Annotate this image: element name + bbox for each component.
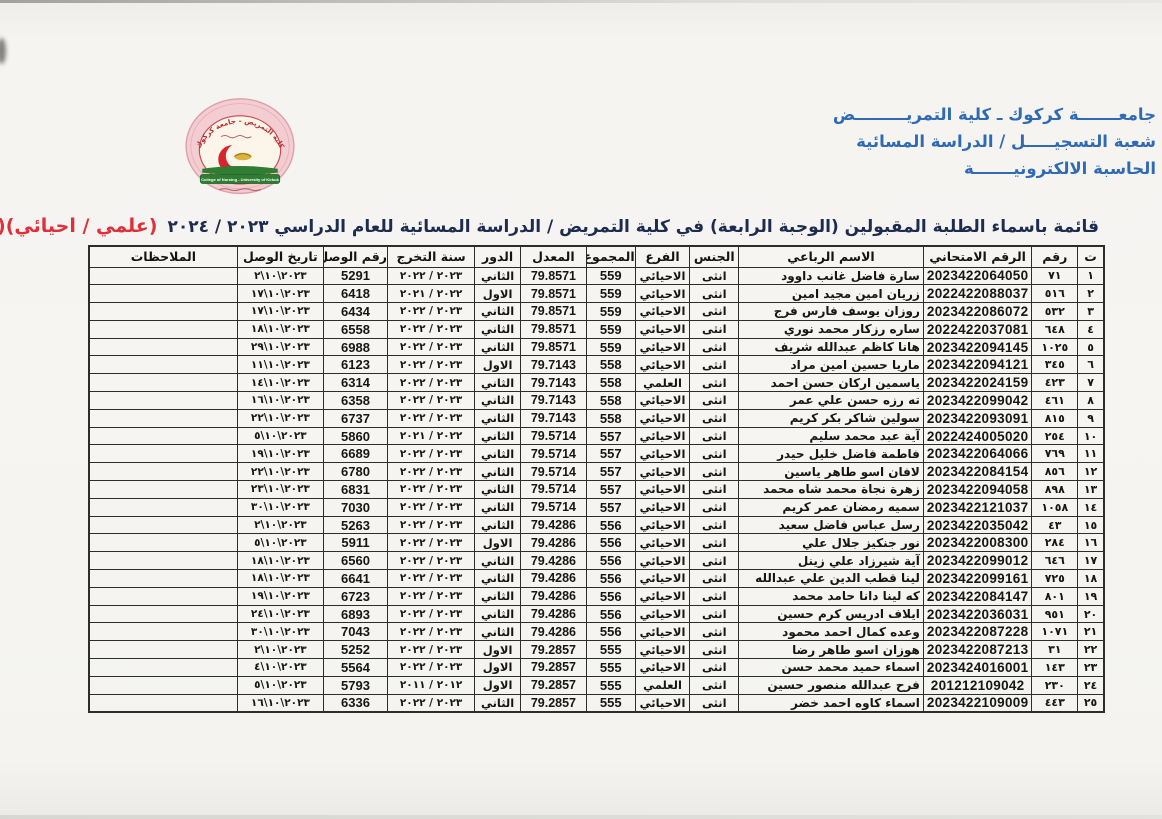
- cell-total-score: 557: [586, 445, 635, 463]
- cell-gender: انثى: [690, 320, 739, 338]
- cell-average: 79.5714: [520, 498, 586, 516]
- cell-index: ١٥: [1078, 516, 1104, 534]
- cell-gender: انثى: [690, 676, 739, 694]
- cell-grad-year: ٢٠٢٣ / ٢٠٢٢: [387, 694, 474, 712]
- cell-receipt-number: 6780: [324, 463, 388, 481]
- cell-receipt-number: 7030: [324, 498, 388, 516]
- cell-index: ٥: [1078, 338, 1104, 356]
- cell-grad-year: ٢٠١٢ / ٢٠١١: [387, 676, 474, 694]
- student-row: ١٢٨٥٦2023422084154لافان اسو طاهر ياسينان…: [89, 463, 1104, 481]
- cell-attempt: الثاني: [475, 481, 521, 499]
- cell-gender: انثى: [690, 481, 739, 499]
- cell-exam-number: 2023422087213: [923, 641, 1032, 659]
- cell-receipt-date: ٢٠٢٣\١٠\٢: [237, 516, 323, 534]
- cell-exam-number: 2023422064050: [923, 267, 1032, 285]
- cell-average: 79.8571: [520, 285, 586, 303]
- cell-branch: العلمي: [635, 676, 690, 694]
- cell-student-name: روزان يوسف فارس فرج: [739, 303, 924, 321]
- student-row: ٢٥١٦2022422088037زريان امين مجيد امينانث…: [89, 285, 1104, 303]
- cell-receipt-date: ٢٠٢٣\١٠\١٨: [237, 320, 323, 338]
- cell-receipt-date: ٢٠٢٣\١٠\١٨: [237, 552, 323, 570]
- cell-attempt: الثاني: [475, 570, 521, 588]
- cell-receipt-date: ٢٠٢٣\١٠\٢٤: [237, 605, 323, 623]
- cell-notes: [89, 641, 237, 659]
- cell-index: ١١: [1078, 445, 1104, 463]
- cell-index: ١٨: [1078, 570, 1104, 588]
- cell-receipt-date: ٢٠٢٣\١٠\٣٠: [237, 623, 323, 641]
- cell-index: ١: [1078, 267, 1104, 285]
- cell-receipt-number: 6689: [324, 445, 388, 463]
- cell-average: 79.7143: [520, 392, 586, 410]
- cell-attempt: الاول: [475, 641, 521, 659]
- cell-raqam: ٣٤٥: [1032, 356, 1078, 374]
- cell-student-name: ماريا حسين امين مراد: [739, 356, 924, 374]
- cell-index: ٢٢: [1078, 641, 1104, 659]
- cell-average: 79.7143: [520, 374, 586, 392]
- cell-exam-number: 2023422035042: [923, 516, 1032, 534]
- cell-attempt: الثاني: [475, 427, 521, 445]
- cell-exam-number: 2023422099161: [923, 570, 1032, 588]
- cell-average: 79.4286: [520, 605, 586, 623]
- cell-student-name: سولين شاكر بكر كريم: [739, 409, 924, 427]
- cell-exam-number: 2023422121037: [923, 498, 1032, 516]
- cell-grad-year: ٢٠٢٣ / ٢٠٢٢: [387, 463, 474, 481]
- cell-student-name: هانا كاظم عبدالله شريف: [739, 338, 924, 356]
- cell-grad-year: ٢٠٢٣ / ٢٠٢٢: [387, 641, 474, 659]
- cell-exam-number: 2023422086072: [923, 303, 1032, 321]
- cell-raqam: ٧١: [1032, 267, 1078, 285]
- scan-artifact-bottom-edge: [0, 815, 1162, 819]
- cell-attempt: الثاني: [475, 303, 521, 321]
- cell-attempt: الثاني: [475, 409, 521, 427]
- cell-receipt-number: 5793: [324, 676, 388, 694]
- cell-receipt-date: ٢٠٢٣\١٠\٤: [237, 659, 323, 677]
- table-header-row: ترقمالرقم الامتحانيالاسم الرباعيالجنسالف…: [89, 246, 1104, 267]
- scanned-document-page: جامعـــــــة كركوك ـ كلية التمريــــــــ…: [0, 0, 1162, 819]
- cell-total-score: 557: [586, 481, 635, 499]
- cell-student-name: نور جنكيز جلال علي: [739, 534, 924, 552]
- student-row: ١٧٦٤٦2023422099012آية شيرزاد علي زينلانث…: [89, 552, 1104, 570]
- cell-attempt: الثاني: [475, 463, 521, 481]
- cell-receipt-date: ٢٠٢٣\١٠\١٦: [237, 694, 323, 712]
- cell-student-name: زريان امين مجيد امين: [739, 285, 924, 303]
- cell-raqam: ٥٣٢: [1032, 303, 1078, 321]
- cell-grad-year: ٢٠٢٣ / ٢٠٢٢: [387, 623, 474, 641]
- cell-index: ١٤: [1078, 498, 1104, 516]
- cell-receipt-date: ٢٠٢٣\١٠\٢٢: [237, 409, 323, 427]
- cell-raqam: ٤٦١: [1032, 392, 1078, 410]
- cell-exam-number: 2022422037081: [923, 320, 1032, 338]
- cell-raqam: ٤٤٣: [1032, 694, 1078, 712]
- cell-notes: [89, 676, 237, 694]
- cell-total-score: 556: [586, 516, 635, 534]
- cell-average: 79.2857: [520, 694, 586, 712]
- cell-student-name: لافان اسو طاهر ياسين: [739, 463, 924, 481]
- cell-receipt-date: ٢٠٢٣\١٠\٥: [237, 534, 323, 552]
- cell-index: ١٠: [1078, 427, 1104, 445]
- org-line-registration: شعبة التسجيـــــل / الدراسة المسائية: [833, 128, 1156, 155]
- cell-notes: [89, 356, 237, 374]
- cell-gender: انثى: [690, 267, 739, 285]
- cell-raqam: ٨٩٨: [1032, 481, 1078, 499]
- cell-total-score: 555: [586, 694, 635, 712]
- cell-index: ٢٣: [1078, 659, 1104, 677]
- cell-student-name: هوزان اسو طاهر رضا: [739, 641, 924, 659]
- cell-student-name: فرح عبدالله منصور حسين: [739, 676, 924, 694]
- cell-receipt-number: 6434: [324, 303, 388, 321]
- cell-receipt-date: ٢٠٢٣\١٠\٢٣: [237, 481, 323, 499]
- cell-receipt-date: ٢٠٢٣\١٠\٢٢: [237, 463, 323, 481]
- cell-student-name: ياسمين اركان حسن احمد: [739, 374, 924, 392]
- student-row: ٢١١٠٧١2023422087228وعده كمال احمد محمودا…: [89, 623, 1104, 641]
- org-line-university: جامعـــــــة كركوك ـ كلية التمريــــــــ…: [833, 101, 1156, 128]
- cell-notes: [89, 605, 237, 623]
- cell-gender: انثى: [690, 285, 739, 303]
- cell-index: ١٧: [1078, 552, 1104, 570]
- cell-index: ١٣: [1078, 481, 1104, 499]
- student-row: ٤٦٤٨2022422037081ساره رزكار محمد نوريانث…: [89, 320, 1104, 338]
- cell-gender: انثى: [690, 570, 739, 588]
- title-main: قائمة باسماء الطلبة المقبولين (الوجبة ال…: [167, 217, 1099, 237]
- cell-grad-year: ٢٠٢٣ / ٢٠٢٢: [387, 409, 474, 427]
- cell-grad-year: ٢٠٢٣ / ٢٠٢٢: [387, 320, 474, 338]
- cell-grad-year: ٢٠٢٣ / ٢٠٢٢: [387, 659, 474, 677]
- cell-attempt: الثاني: [475, 320, 521, 338]
- cell-receipt-date: ٢٠٢٣\١٠\١٤: [237, 374, 323, 392]
- cell-raqam: ١٠٥٨: [1032, 498, 1078, 516]
- cell-branch: الاحيائي: [635, 320, 690, 338]
- org-line-computer-unit: الحاسبة الالكترونيـــــــة: [833, 155, 1156, 182]
- student-row: ٢٢٣١2023422087213هوزان اسو طاهر رضاانثىا…: [89, 641, 1104, 659]
- cell-attempt: الثاني: [475, 605, 521, 623]
- cell-exam-number: 2023422099042: [923, 392, 1032, 410]
- cell-gender: انثى: [690, 498, 739, 516]
- cell-exam-number: 2023422099012: [923, 552, 1032, 570]
- col-header-branch: الفرع: [635, 246, 690, 267]
- cell-gender: انثى: [690, 463, 739, 481]
- cell-receipt-date: ٢٠٢٣\١٠\٢: [237, 641, 323, 659]
- cell-total-score: 557: [586, 463, 635, 481]
- cell-grad-year: ٢٠٢٣ / ٢٠٢٢: [387, 498, 474, 516]
- cell-receipt-number: 7043: [324, 623, 388, 641]
- cell-receipt-number: 6988: [324, 338, 388, 356]
- col-header-raqam: رقم: [1032, 246, 1078, 267]
- cell-attempt: الثاني: [475, 338, 521, 356]
- cell-attempt: الثاني: [475, 498, 521, 516]
- cell-student-name: اسماء كاوه احمد خضر: [739, 694, 924, 712]
- cell-raqam: ١٤٣: [1032, 659, 1078, 677]
- cell-student-name: لينا قطب الدين علي عبدالله: [739, 570, 924, 588]
- cell-total-score: 556: [586, 605, 635, 623]
- cell-branch: الاحيائي: [635, 463, 690, 481]
- cell-receipt-number: 6558: [324, 320, 388, 338]
- cell-student-name: اسماء حميد محمد حسن: [739, 659, 924, 677]
- cell-exam-number: 2023422094145: [923, 338, 1032, 356]
- college-logo: كلية التمريض - جامعة كركوك College of Nu…: [183, 96, 297, 200]
- cell-exam-number: 2023422036031: [923, 605, 1032, 623]
- cell-attempt: الثاني: [475, 694, 521, 712]
- cell-student-name: وعده كمال احمد محمود: [739, 623, 924, 641]
- cell-notes: [89, 623, 237, 641]
- cell-receipt-date: ٢٠٢٣\١٠\١٩: [237, 587, 323, 605]
- cell-gender: انثى: [690, 605, 739, 623]
- cell-notes: [89, 552, 237, 570]
- students-table-wrapper: ترقمالرقم الامتحانيالاسم الرباعيالجنسالف…: [88, 245, 1105, 713]
- cell-average: 79.4286: [520, 623, 586, 641]
- cell-receipt-number: 5911: [324, 534, 388, 552]
- cell-receipt-date: ٢٠٢٣\١٠\٢٩: [237, 338, 323, 356]
- cell-total-score: 559: [586, 303, 635, 321]
- cell-average: 79.7143: [520, 356, 586, 374]
- cell-average: 79.7143: [520, 409, 586, 427]
- cell-gender: انثى: [690, 552, 739, 570]
- cell-branch: الاحيائي: [635, 445, 690, 463]
- cell-grad-year: ٢٠٢٣ / ٢٠٢٢: [387, 374, 474, 392]
- col-header-gender: الجنس: [690, 246, 739, 267]
- cell-index: ٨: [1078, 392, 1104, 410]
- cell-receipt-number: 6831: [324, 481, 388, 499]
- student-row: ٥١٠٢٥2023422094145هانا كاظم عبدالله شريف…: [89, 338, 1104, 356]
- cell-receipt-number: 6737: [324, 409, 388, 427]
- cell-branch: الاحيائي: [635, 623, 690, 641]
- cell-receipt-number: 6358: [324, 392, 388, 410]
- cell-raqam: ٩٥١: [1032, 605, 1078, 623]
- document-title: قائمة باسماء الطلبة المقبولين (الوجبة ال…: [0, 215, 1099, 237]
- cell-grad-year: ٢٠٢٢ / ٢٠٢١: [387, 285, 474, 303]
- cell-raqam: ٨١٥: [1032, 409, 1078, 427]
- cell-branch: الاحيائي: [635, 570, 690, 588]
- cell-total-score: 556: [586, 534, 635, 552]
- student-row: ٩٨١٥2023422093091سولين شاكر بكر كريمانثى…: [89, 409, 1104, 427]
- cell-gender: انثى: [690, 534, 739, 552]
- cell-attempt: الثاني: [475, 445, 521, 463]
- cell-raqam: ١٠٢٥: [1032, 338, 1078, 356]
- cell-notes: [89, 303, 237, 321]
- cell-index: ٦: [1078, 356, 1104, 374]
- col-header-exam-number: الرقم الامتحاني: [923, 246, 1032, 267]
- cell-exam-number: 2023422084147: [923, 587, 1032, 605]
- cell-notes: [89, 445, 237, 463]
- student-row: ٦٣٤٥2023422094121ماريا حسين امين مرادانث…: [89, 356, 1104, 374]
- cell-notes: [89, 587, 237, 605]
- cell-receipt-number: 6336: [324, 694, 388, 712]
- cell-attempt: الاول: [475, 659, 521, 677]
- cell-student-name: آية عبد محمد سليم: [739, 427, 924, 445]
- cell-raqam: ٦٤٨: [1032, 320, 1078, 338]
- cell-average: 79.2857: [520, 659, 586, 677]
- cell-branch: الاحيائي: [635, 285, 690, 303]
- cell-raqam: ٢٣٠: [1032, 676, 1078, 694]
- cell-average: 79.2857: [520, 676, 586, 694]
- cell-total-score: 559: [586, 338, 635, 356]
- cell-average: 79.4286: [520, 570, 586, 588]
- cell-branch: الاحيائي: [635, 659, 690, 677]
- col-header-receipt-number: رقم الوصل: [324, 246, 388, 267]
- cell-notes: [89, 659, 237, 677]
- cell-student-name: ته رزه حسن علي عمر: [739, 392, 924, 410]
- cell-receipt-date: ٢٠٢٣\١٠\١٩: [237, 445, 323, 463]
- cell-total-score: 556: [586, 552, 635, 570]
- cell-branch: الاحيائي: [635, 356, 690, 374]
- student-row: ٢٣١٤٣2023424016001اسماء حميد محمد حسنانث…: [89, 659, 1104, 677]
- cell-exam-number: 2023422094058: [923, 481, 1032, 499]
- cell-index: ٢٥: [1078, 694, 1104, 712]
- cell-index: ٢٠: [1078, 605, 1104, 623]
- cell-grad-year: ٢٠٢٣ / ٢٠٢٢: [387, 303, 474, 321]
- cell-total-score: 559: [586, 285, 635, 303]
- cell-receipt-number: 5263: [324, 516, 388, 534]
- cell-branch: الاحيائي: [635, 498, 690, 516]
- cell-notes: [89, 498, 237, 516]
- student-row: ١٣٨٩٨2023422094058زهرة نجاة محمد شاه محم…: [89, 481, 1104, 499]
- cell-index: ١٩: [1078, 587, 1104, 605]
- cell-notes: [89, 338, 237, 356]
- cell-index: ٢: [1078, 285, 1104, 303]
- cell-gender: انثى: [690, 338, 739, 356]
- cell-notes: [89, 516, 237, 534]
- cell-branch: الاحيائي: [635, 587, 690, 605]
- cell-student-name: رسل عباس فاضل سعيد: [739, 516, 924, 534]
- cell-grad-year: ٢٠٢٣ / ٢٠٢٢: [387, 338, 474, 356]
- cell-branch: الاحيائي: [635, 392, 690, 410]
- cell-index: ٩: [1078, 409, 1104, 427]
- cell-raqam: ١٠٧١: [1032, 623, 1078, 641]
- cell-average: 79.8571: [520, 267, 586, 285]
- cell-gender: انثى: [690, 641, 739, 659]
- cell-average: 79.8571: [520, 320, 586, 338]
- cell-receipt-number: 6893: [324, 605, 388, 623]
- cell-branch: الاحيائي: [635, 552, 690, 570]
- cell-total-score: 555: [586, 676, 635, 694]
- cell-branch: الاحيائي: [635, 338, 690, 356]
- cell-grad-year: ٢٠٢٣ / ٢٠٢٢: [387, 481, 474, 499]
- cell-total-score: 556: [586, 623, 635, 641]
- cell-notes: [89, 320, 237, 338]
- cell-notes: [89, 427, 237, 445]
- cell-branch: الاحيائي: [635, 409, 690, 427]
- col-header-grad-year: سنة التخرج: [387, 246, 474, 267]
- cell-receipt-date: ٢٠٢٣\١٠\١٧: [237, 285, 323, 303]
- cell-total-score: 555: [586, 641, 635, 659]
- cell-average: 79.5714: [520, 445, 586, 463]
- cell-attempt: الثاني: [475, 587, 521, 605]
- cell-branch: الاحيائي: [635, 303, 690, 321]
- cell-exam-number: 2023422093091: [923, 409, 1032, 427]
- cell-average: 79.5714: [520, 463, 586, 481]
- cell-gender: انثى: [690, 356, 739, 374]
- cell-average: 79.4286: [520, 552, 586, 570]
- cell-attempt: الثاني: [475, 374, 521, 392]
- cell-branch: الاحيائي: [635, 516, 690, 534]
- cell-raqam: ٢٨٤: [1032, 534, 1078, 552]
- cell-attempt: الثاني: [475, 516, 521, 534]
- cell-grad-year: ٢٠٢٣ / ٢٠٢٢: [387, 392, 474, 410]
- cell-total-score: 556: [586, 570, 635, 588]
- cell-gender: انثى: [690, 694, 739, 712]
- cell-receipt-date: ٢٠٢٣\١٠\١٨: [237, 570, 323, 588]
- col-header-total-score: المجموع: [586, 246, 635, 267]
- student-row: ٢٠٩٥١2023422036031ايلاف ادريس كرم حسينان…: [89, 605, 1104, 623]
- cell-gender: انثى: [690, 516, 739, 534]
- student-row: ١٥٤٣2023422035042رسل عباس فاضل سعيدانثىا…: [89, 516, 1104, 534]
- cell-grad-year: ٢٠٢٢ / ٢٠٢١: [387, 427, 474, 445]
- cell-gender: انثى: [690, 409, 739, 427]
- cell-branch: العلمي: [635, 374, 690, 392]
- cell-total-score: 555: [586, 659, 635, 677]
- cell-notes: [89, 374, 237, 392]
- col-header-student-name: الاسم الرباعي: [739, 246, 924, 267]
- cell-grad-year: ٢٠٢٣ / ٢٠٢٢: [387, 356, 474, 374]
- cell-receipt-date: ٢٠٢٣\١٠\٣٠: [237, 498, 323, 516]
- cell-branch: الاحيائي: [635, 641, 690, 659]
- student-row: ١١٧٦٩2023422064066فاطمة فاضل خليل حيدران…: [89, 445, 1104, 463]
- cell-grad-year: ٢٠٢٣ / ٢٠٢٢: [387, 552, 474, 570]
- cell-total-score: 558: [586, 409, 635, 427]
- cell-notes: [89, 463, 237, 481]
- cell-receipt-number: 5564: [324, 659, 388, 677]
- cell-receipt-date: ٢٠٢٣\١٠\٥: [237, 427, 323, 445]
- cell-attempt: الاول: [475, 534, 521, 552]
- cell-student-name: زهرة نجاة محمد شاه محمد: [739, 481, 924, 499]
- cell-student-name: فاطمة فاضل خليل حيدر: [739, 445, 924, 463]
- cell-gender: انثى: [690, 659, 739, 677]
- cell-raqam: ٣١: [1032, 641, 1078, 659]
- cell-index: ٤: [1078, 320, 1104, 338]
- students-table: ترقمالرقم الامتحانيالاسم الرباعيالجنسالف…: [88, 245, 1105, 713]
- cell-attempt: الاول: [475, 676, 521, 694]
- cell-average: 79.5714: [520, 481, 586, 499]
- cell-notes: [89, 570, 237, 588]
- title-highlight: (علمي / احيائي)(اناث): [0, 215, 157, 237]
- cell-branch: الاحيائي: [635, 605, 690, 623]
- student-row: ١٤١٠٥٨2023422121037سميه رمضان عمر كريمان…: [89, 498, 1104, 516]
- cell-exam-number: 2023422084154: [923, 463, 1032, 481]
- cell-receipt-number: 6123: [324, 356, 388, 374]
- cell-receipt-number: 5291: [324, 267, 388, 285]
- cell-student-name: كه لينا دانا حامد محمد: [739, 587, 924, 605]
- logo-banner-text: College of Nursing - University of Kirku…: [201, 177, 280, 182]
- cell-branch: الاحيائي: [635, 694, 690, 712]
- student-row: ٢٤٢٣٠201212109042فرح عبدالله منصور حسينا…: [89, 676, 1104, 694]
- cell-raqam: ٦٤٦: [1032, 552, 1078, 570]
- cell-notes: [89, 481, 237, 499]
- cell-total-score: 558: [586, 356, 635, 374]
- col-header-attempt: الدور: [475, 246, 521, 267]
- cell-gender: انثى: [690, 623, 739, 641]
- cell-raqam: ٤٣: [1032, 516, 1078, 534]
- students-tbody: ١٧١2023422064050سارة فاضل غانب داوودانثى…: [89, 267, 1104, 712]
- cell-branch: الاحيائي: [635, 481, 690, 499]
- cell-attempt: الثاني: [475, 552, 521, 570]
- cell-exam-number: 2023422094121: [923, 356, 1032, 374]
- cell-raqam: ٧٢٥: [1032, 570, 1078, 588]
- cell-raqam: ٤٢٣: [1032, 374, 1078, 392]
- cell-index: ٢٤: [1078, 676, 1104, 694]
- cell-gender: انثى: [690, 587, 739, 605]
- student-row: ٢٥٤٤٣2023422109009اسماء كاوه احمد خضرانث…: [89, 694, 1104, 712]
- cell-average: 79.8571: [520, 303, 586, 321]
- cell-raqam: ٢٥٤: [1032, 427, 1078, 445]
- student-row: ١٩٨٠١2023422084147كه لينا دانا حامد محمد…: [89, 587, 1104, 605]
- cell-exam-number: 201212109042: [923, 676, 1032, 694]
- cell-student-name: سارة فاضل غانب داوود: [739, 267, 924, 285]
- cell-receipt-date: ٢٠٢٣\١٠\٢: [237, 267, 323, 285]
- cell-student-name: ايلاف ادريس كرم حسين: [739, 605, 924, 623]
- cell-exam-number: 2023422024159: [923, 374, 1032, 392]
- cell-total-score: 558: [586, 392, 635, 410]
- cell-attempt: الاول: [475, 285, 521, 303]
- cell-student-name: آية شيرزاد علي زينل: [739, 552, 924, 570]
